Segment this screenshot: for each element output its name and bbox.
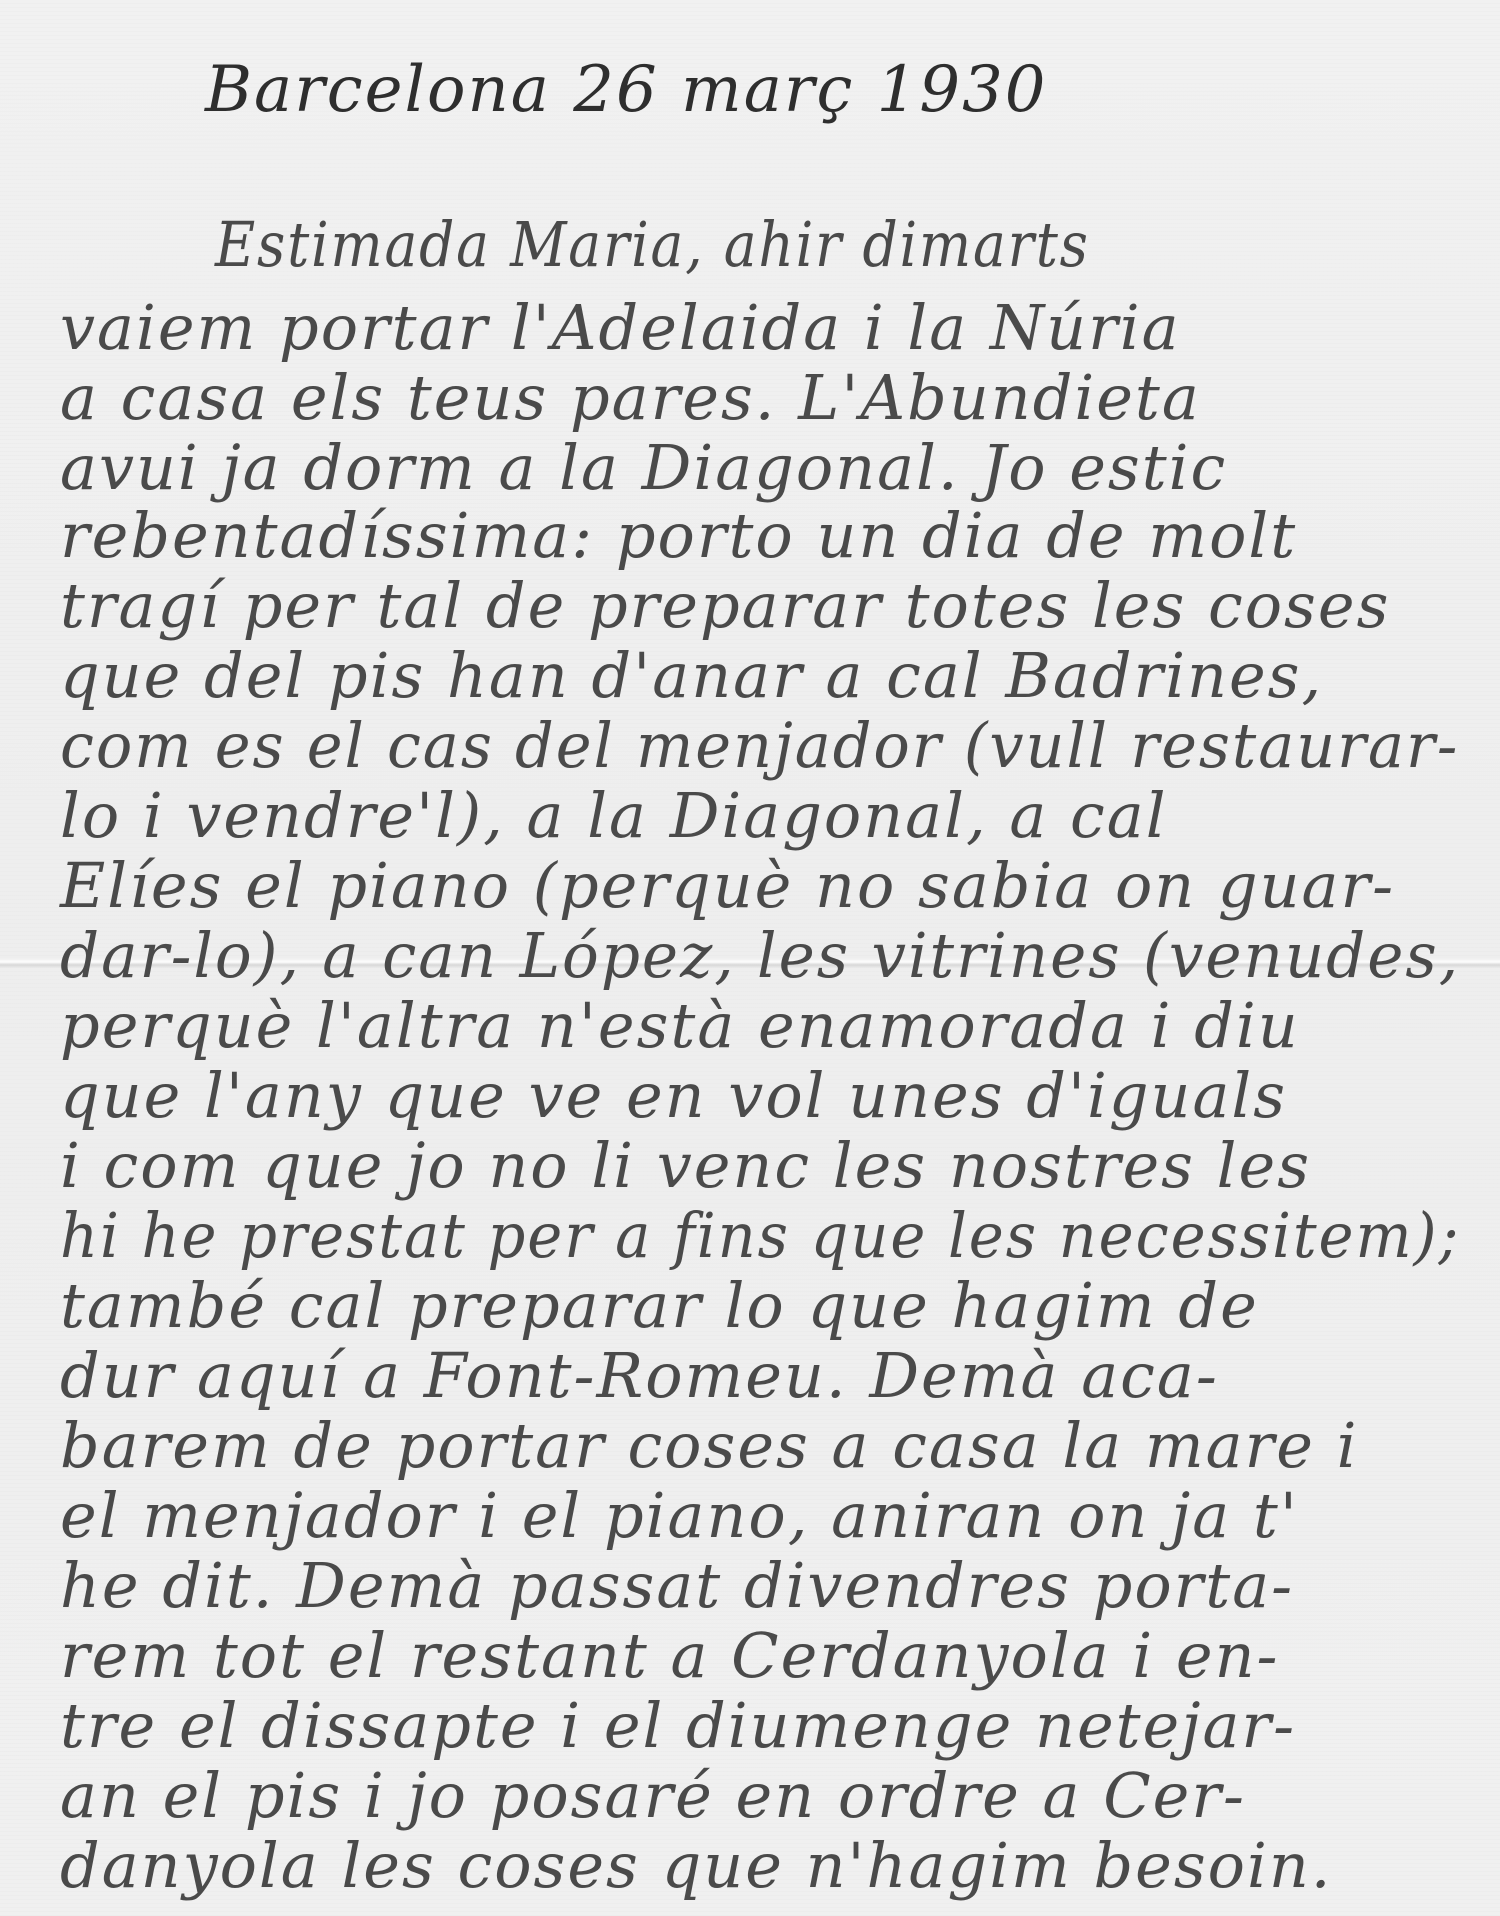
letter-line: i com que jo no li venc les nostres les xyxy=(60,1126,1460,1206)
letter-line: he dit. Demà passat divendres porta- xyxy=(60,1546,1460,1626)
letter-line: dar-lo), a can López, les vitrines (venu… xyxy=(60,916,1440,996)
letter-line: tragí per tal de preparar totes les cose… xyxy=(60,566,1460,646)
letter-line: tre el dissapte i el diumenge netejar- xyxy=(60,1686,1460,1766)
letter-line: rebentadíssima: porto un dia de molt xyxy=(60,496,1460,576)
letter-line: vaiem portar l'Adelaida i la Núria xyxy=(60,288,1460,368)
letter-line: hi he prestat per a fins que les necessi… xyxy=(60,1196,1396,1276)
letter-line: an el pis i jo posaré en ordre a Cer- xyxy=(60,1756,1460,1836)
letter-line: perquè l'altra n'està enamorada i diu xyxy=(60,986,1460,1066)
letter-line: que l'any que ve en vol unes d'iguals xyxy=(60,1056,1460,1136)
letter-line: també cal preparar lo que hagim de xyxy=(60,1266,1460,1346)
salutation-line: Estimada Maria, ahir dimarts xyxy=(215,205,1460,285)
letter-line: danyola les coses que n'hagim besoin. xyxy=(60,1826,1460,1906)
letter-line: que del pis han d'anar a cal Badrines, xyxy=(60,636,1460,716)
letter-line: dur aquí a Font-Romeu. Demà aca- xyxy=(60,1336,1460,1416)
letter-line: lo i vendre'l), a la Diagonal, a cal xyxy=(60,776,1460,856)
letter-line: a casa els teus pares. L'Abundieta xyxy=(60,358,1460,438)
place-date-heading: Barcelona 26 març 1930 xyxy=(205,50,1500,130)
letter-line: com es el cas del menjador (vull restaur… xyxy=(60,706,1426,786)
letter-line: Elíes el piano (perquè no sabia on guar- xyxy=(60,846,1460,926)
letter-line: barem de portar coses a casa la mare i xyxy=(60,1406,1460,1486)
letter-line: rem tot el restant a Cerdanyola i en- xyxy=(60,1616,1460,1696)
letter-line: el menjador i el piano, aniran on ja t' xyxy=(60,1476,1460,1556)
